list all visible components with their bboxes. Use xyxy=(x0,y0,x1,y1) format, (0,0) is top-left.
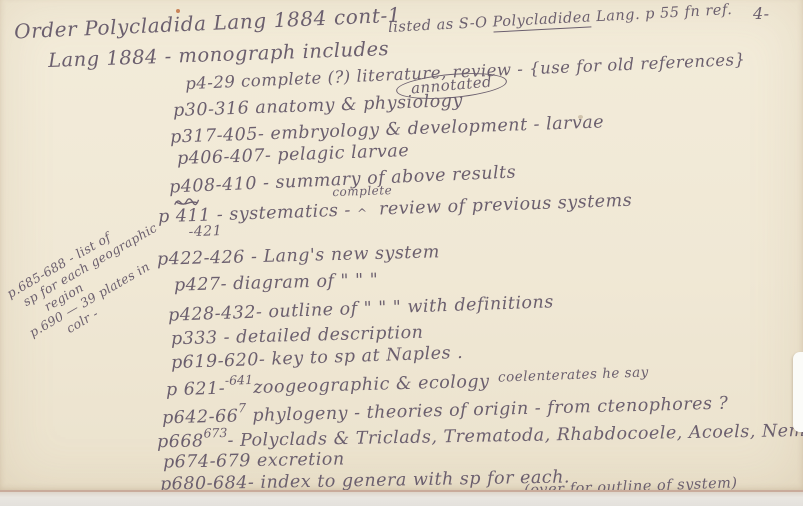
systematics-mid: - systematics - xyxy=(216,201,351,226)
scribble-correction xyxy=(173,197,199,208)
top-note-post: Lang. p 55 fn ref. xyxy=(591,2,733,25)
entry-zoogeography: p 621--641zoogeographic & ecology xyxy=(166,373,490,401)
paper-smudge xyxy=(578,115,583,119)
entry-systematics: p 411-421 - systematics - complete^ revi… xyxy=(158,192,633,228)
card-behind-right-edge xyxy=(793,352,803,432)
phylogeny-annotation: coelenterates he say xyxy=(498,365,649,385)
entry-anatomy: p30-316 anatomy & physiology xyxy=(173,92,463,121)
entry-excretion: p674-679 excretion xyxy=(163,450,345,472)
top-right-note: listed as S-O Polycladidea Lang. p 55 fn… xyxy=(388,3,733,37)
groups-sup: 673 xyxy=(203,425,227,440)
groups-range: p668 xyxy=(157,431,204,452)
top-note-pre: listed as S-O xyxy=(388,15,493,36)
paper-speck xyxy=(176,9,180,13)
systematics-rest: review of previous systems xyxy=(379,191,633,220)
systematics-insertion: complete^ xyxy=(357,201,374,221)
index-card: Order Polycladida Lang 1884 cont-1 liste… xyxy=(0,0,803,492)
card-edge-bottom xyxy=(0,490,803,506)
card-title: Order Polycladida Lang 1884 cont-1 xyxy=(14,4,402,43)
page-number: 4- xyxy=(753,5,770,23)
top-note-underlined-term: Polycladidea xyxy=(492,9,591,32)
zoogeography-sup: -641 xyxy=(225,372,253,388)
entry-diagram: p427- diagram of " " " xyxy=(174,271,379,296)
phylogeny-rest: phylogeny - theories of origin - from ct… xyxy=(252,394,729,426)
phylogeny-sup: 7 xyxy=(238,400,246,415)
phylogeny-range: p642-66 xyxy=(162,406,239,428)
zoogeography-range: p 621- xyxy=(166,379,226,401)
zoogeography-rest: zoogeographic & ecology xyxy=(253,372,490,398)
card-subtitle: Lang 1884 - monograph includes xyxy=(48,38,390,71)
caret-mark: ^ xyxy=(357,206,368,220)
entry-outline: p428-432- outline of " " " with definiti… xyxy=(168,293,554,326)
systematics-insertion-word: complete xyxy=(332,184,392,199)
